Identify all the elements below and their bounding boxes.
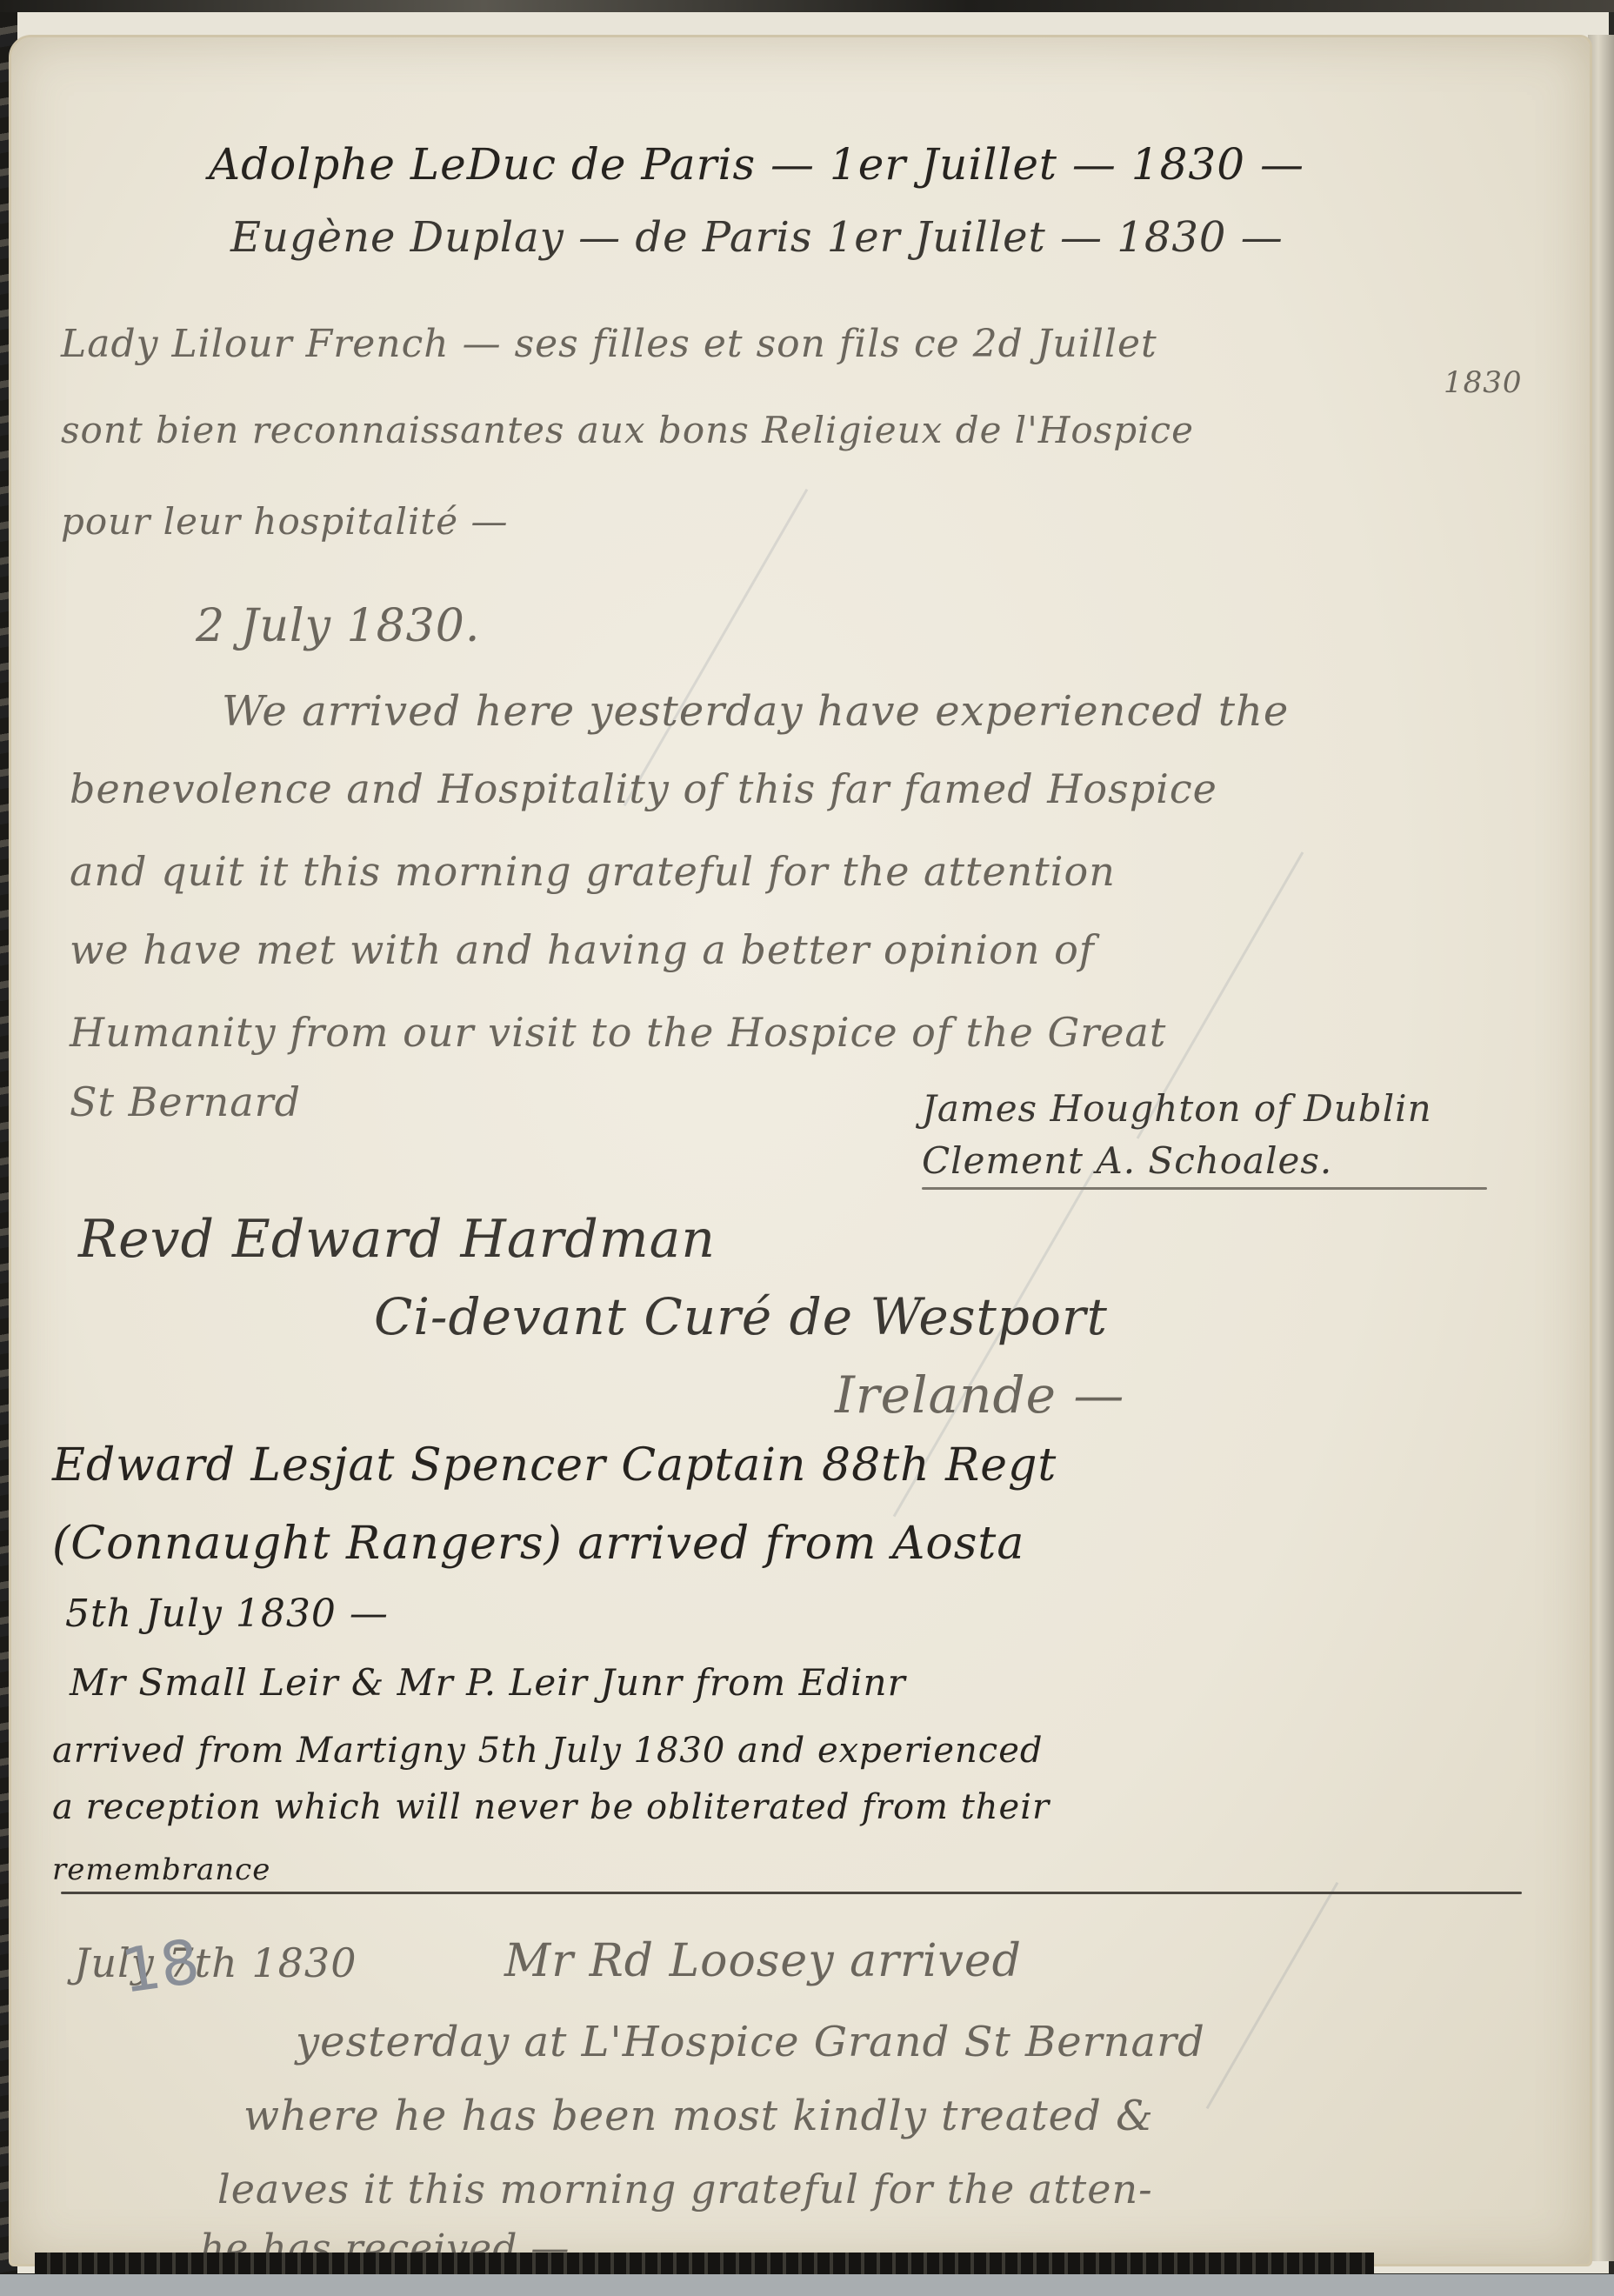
entry-5-line-3: 5th July 1830 — [65,1592,389,1636]
entry-3-line-6: St Bernard [70,1078,301,1125]
entry-5-line-2: (Connaught Rangers) arrived from Aosta [52,1518,1024,1570]
entry-3-date: 2 July 1830. [196,600,480,652]
entry-2-line-2: sont bien reconnaissantes aux bons Relig… [61,409,1194,451]
entry-3-line-2: benevolence and Hospitality of this far … [70,765,1217,812]
entry-1-line-1: Adolphe LeDuc de Paris — 1er Juillet — 1… [209,139,1304,190]
show-through-stroke [1206,1882,1339,2109]
pencil-page-number: 18 [117,1926,204,2007]
entry-2-margin-year: 1830 [1444,365,1523,400]
entry-6-line-2: arrived from Martigny 5th July 1830 and … [52,1731,1043,1771]
signature-underline [922,1187,1487,1190]
entry-3-line-1: We arrived here yesterday have experienc… [222,687,1289,736]
entry-6-line-4: remembrance [52,1852,270,1887]
entry-7-date: July 7th 1830 [74,1939,357,1986]
entry-divider-line [61,1892,1522,1894]
entry-3-signature-2: Clement A. Schoales. [922,1139,1332,1182]
entry-7-line-3: where he has been most kindly treated & [243,2092,1154,2140]
entry-7-line-2: yesterday at L'Hospice Grand St Bernard [296,2018,1205,2066]
entry-3-line-4: we have met with and having a better opi… [70,926,1095,973]
manuscript-page [9,35,1592,2266]
book-cover-top [0,0,1614,12]
entry-2-line-1: Lady Lilour French — ses filles et son f… [61,322,1157,366]
entry-6-line-3: a reception which will never be oblitera… [52,1787,1050,1827]
entry-4-line-2: Ci-devant Curé de Westport [374,1287,1108,1346]
entry-3-line-5: Humanity from our visit to the Hospice o… [70,1009,1166,1056]
entry-1-line-2: Eugène Duplay — de Paris 1er Juillet — 1… [230,213,1284,262]
entry-5-line-1: Edward Lesjat Spencer Captain 88th Regt [52,1439,1057,1492]
entry-2-line-3: pour leur hospitalité — [61,500,509,543]
entry-7-line-4: leaves it this morning grateful for the … [217,2166,1153,2213]
entry-6-line-1: Mr Small Leir & Mr P. Leir Junr from Edi… [70,1661,906,1704]
entry-7-line-1: Mr Rd Loosey arrived [504,1935,1022,1987]
show-through-stroke [624,489,809,806]
scan-background [0,2274,1614,2296]
entry-4-line-1: Revd Edward Hardman [78,1209,716,1270]
entry-4-line-3: Irelande — [835,1365,1124,1425]
entry-3-signature-1: James Houghton of Dublin [922,1087,1432,1130]
entry-3-line-3: and quit it this morning grateful for th… [70,848,1116,895]
